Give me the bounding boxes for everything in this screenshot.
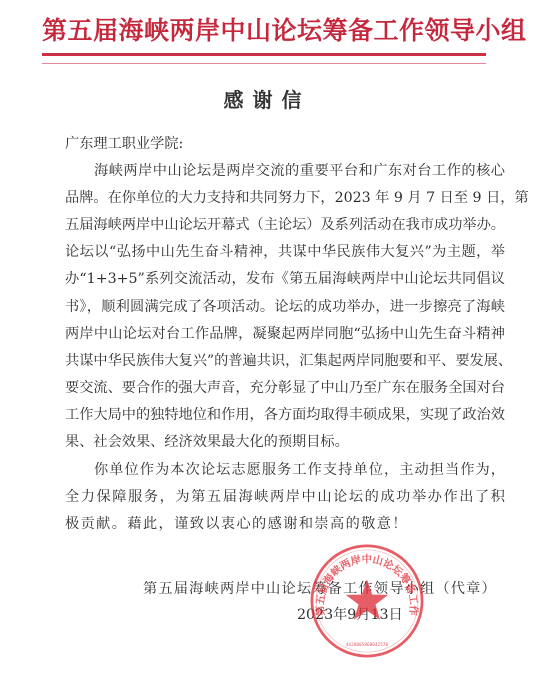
body-line: 书》，顺利圆满完成了各项活动。论坛的成功举办，进一步擦亮了海峡 — [65, 297, 505, 317]
body-line: 两岸中山论坛对台工作品牌，凝聚起两岸同胞“弘扬中山先生奋斗精神 — [65, 324, 505, 344]
body-line: 品牌。在你单位的大力支持和共同努力下，2023 年 9 月 7 日至 9 日，第 — [65, 188, 505, 208]
document-title: 感谢信 — [0, 84, 534, 113]
signature: 第五届海峡两岸中山论坛筹备工作领导小组（代章） — [143, 578, 497, 598]
letterhead-rule-thin — [42, 63, 486, 64]
letterhead-title: 第五届海峡两岸中山论坛筹备工作领导小组 — [42, 12, 486, 50]
body-line: 论坛以“弘扬中山先生奋斗精神，共谋中华民族伟大复兴”为主题，举 — [65, 242, 505, 262]
signature-date: 2023年9月13日 — [297, 604, 403, 624]
body-line: 工作大局中的独特地位和作用，各方面均取得丰硕成果，实现了政治效 — [65, 405, 505, 425]
letterhead-rule-thick — [42, 53, 486, 56]
body-line: 要交流、要合作的强大声音，充分彰显了中山乃至广东在服务全国对台 — [65, 378, 505, 398]
body-line: 办“1+3+5”系列交流活动，发布《第五届海峡两岸中山论坛共同倡议 — [65, 269, 505, 289]
body-line: 你单位作为本次论坛志愿服务工作支持单位，主动担当作为， — [94, 460, 505, 480]
svg-text:4420005860042570: 4420005860042570 — [346, 642, 389, 648]
body-line: 五届海峡两岸中山论坛开幕式（主论坛）及系列活动在我市成功举办。 — [65, 215, 505, 235]
body-line: 果、社会效果、经济效果最大化的预期目标。 — [65, 432, 505, 452]
salutation: 广东理工职业学院: — [65, 134, 505, 154]
body-line: 全力保障服务，为第五届海峡两岸中山论坛的成功举办作出了积 — [65, 487, 505, 507]
body-line: 共谋中华民族伟大复兴”的普遍共识，汇集起两岸同胞要和平、要发展、 — [65, 351, 505, 371]
official-seal-icon: 第五届海峡两岸中山论坛筹备工作领导小组办公室 4420005860042570 — [308, 542, 426, 660]
body-line: 海峡两岸中山论坛是两岸交流的重要平台和广东对台工作的核心 — [94, 161, 505, 181]
body-line: 极贡献。藉此，谨致以衷心的感谢和崇高的敬意！ — [65, 514, 505, 534]
